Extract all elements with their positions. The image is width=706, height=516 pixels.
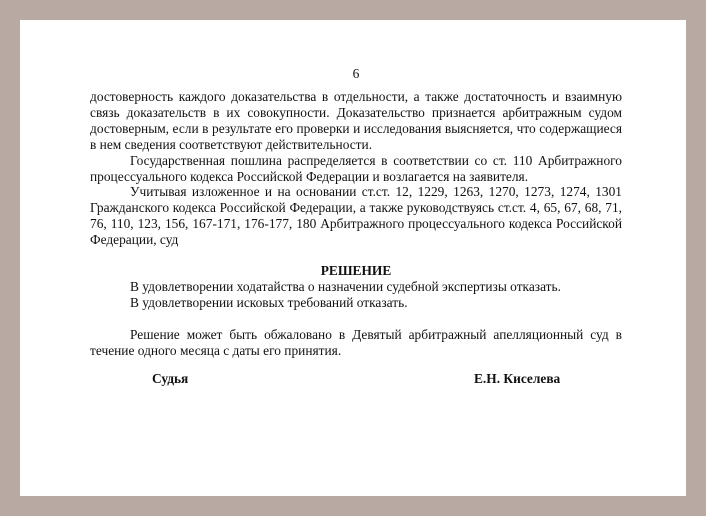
page-number: 6	[90, 66, 622, 82]
decision-item-claims: В удовлетворении исковых требований отка…	[90, 295, 622, 311]
paragraph-appeal: Решение может быть обжаловано в Девятый …	[90, 327, 622, 359]
signature-name: Е.Н. Киселева	[474, 371, 560, 387]
paragraph-evidence: достоверность каждого доказательства в о…	[90, 89, 622, 153]
paragraph-state-fee: Государственная пошлина распределяется в…	[90, 153, 622, 185]
paragraph-legal-basis: Учитывая изложенное и на основании ст.ст…	[90, 184, 622, 248]
document-page: 6 достоверность каждого доказательства в…	[20, 20, 686, 496]
document-body: достоверность каждого доказательства в о…	[90, 89, 622, 359]
signature-role: Судья	[152, 371, 188, 387]
decision-title: РЕШЕНИЕ	[90, 263, 622, 279]
decision-item-expertise: В удовлетворении ходатайства о назначени…	[90, 279, 622, 295]
